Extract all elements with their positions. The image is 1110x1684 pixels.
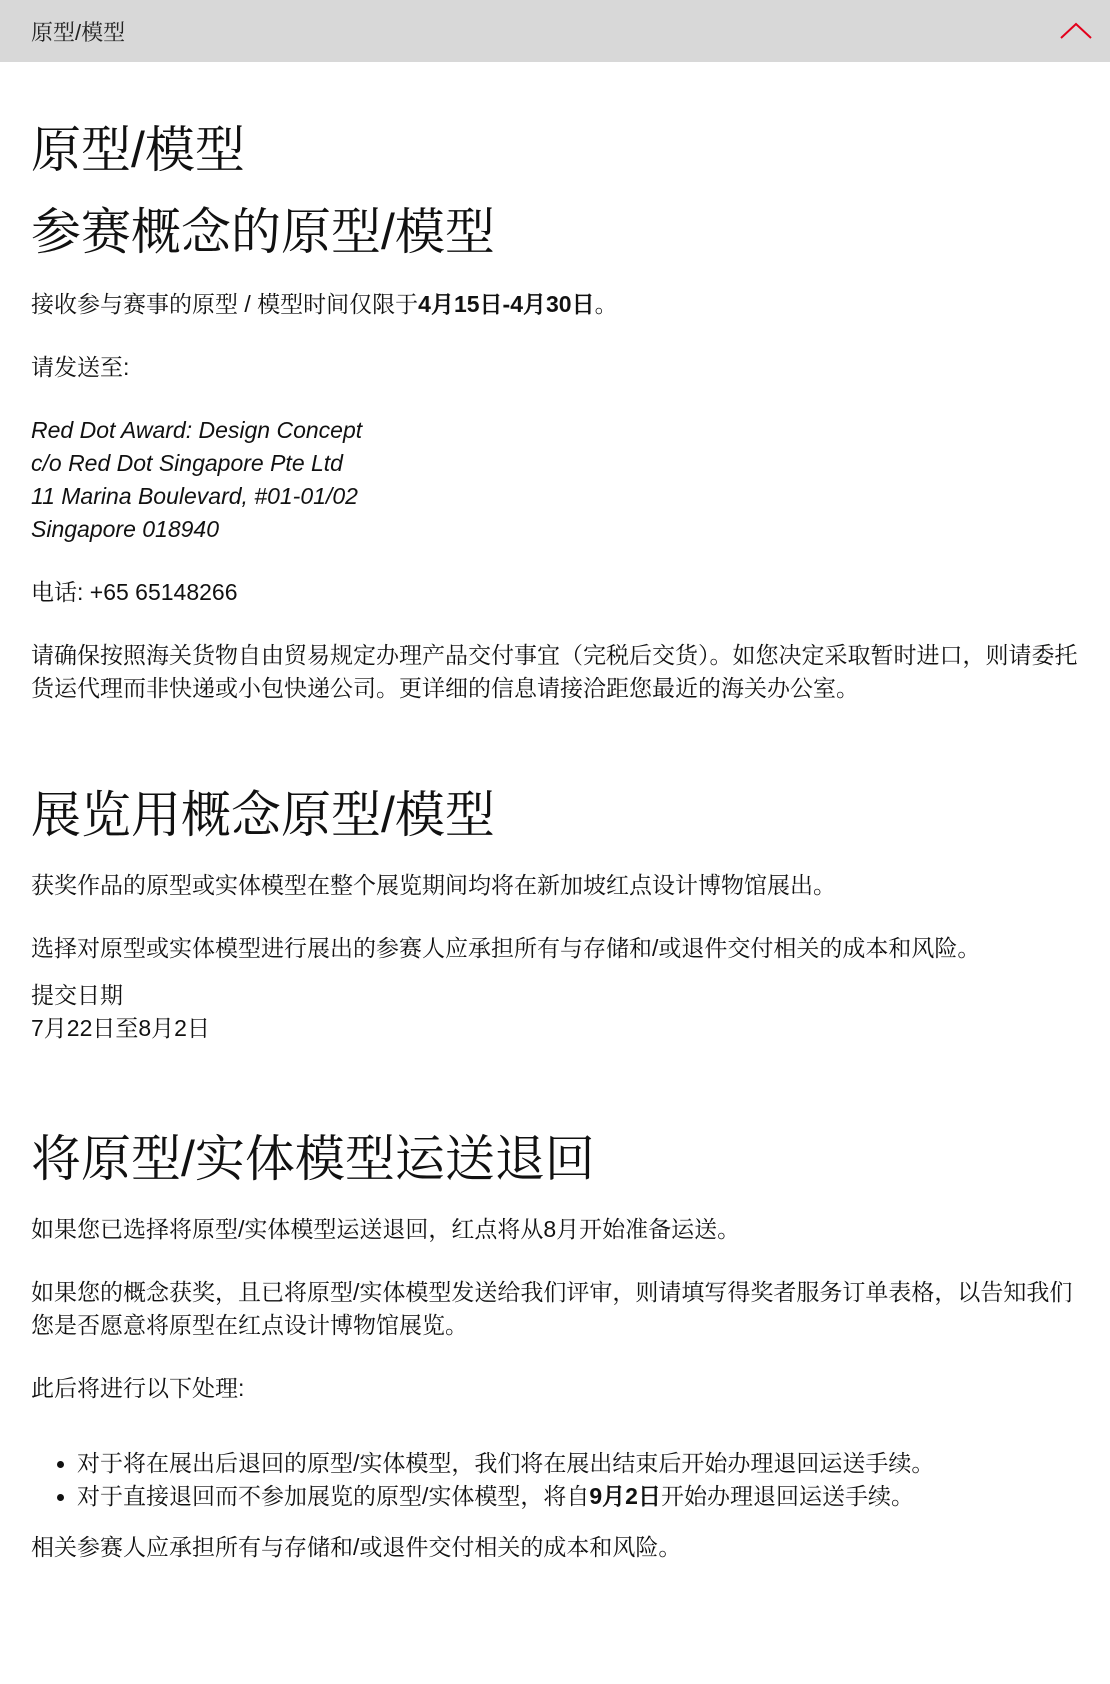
send-to-label: 请发送至: [31, 351, 1079, 384]
submission-date-value: 7月22日至8月2日 [31, 1012, 1079, 1045]
page-title: 原型/模型 [31, 120, 1079, 180]
closing-text: 相关参赛人应承担所有与存储和/或退件交付相关的成本和风险。 [31, 1531, 1079, 1564]
section-concept-prototype: 参赛概念的原型/模型 接收参与赛事的原型 / 模型时间仅限于4月15日-4月30… [31, 202, 1079, 705]
winner-order-text: 如果您的概念获奖，且已将原型/实体模型发送给我们评审，则请填写得奖者服务订单表格… [31, 1276, 1079, 1342]
submission-dates: 4月15日-4月30日 [418, 291, 594, 317]
list-item-text: 对于直接退回而不参加展览的原型/实体模型，将自 [77, 1483, 589, 1509]
intro-suffix: 。 [595, 291, 618, 317]
chevron-up-icon[interactable] [1056, 16, 1096, 46]
submission-date-label: 提交日期 [31, 979, 1079, 1012]
exhibition-text: 获奖作品的原型或实体模型在整个展览期间均将在新加坡红点设计博物馆展出。 [31, 869, 1079, 902]
intro-text: 接收参与赛事的原型 / 模型时间仅限于 [31, 291, 418, 317]
section-exhibition-prototype: 展览用概念原型/模型 获奖作品的原型或实体模型在整个展览期间均将在新加坡红点设计… [31, 785, 1079, 1045]
list-item-text: 开始办理退回运送手续。 [661, 1483, 914, 1509]
process-intro: 此后将进行以下处理: [31, 1372, 1079, 1405]
phone-number: 电话: +65 65148266 [31, 576, 1079, 609]
section-title: 参赛概念的原型/模型 [31, 202, 1079, 262]
list-item: 对于直接退回而不参加展览的原型/实体模型，将自9月2日开始办理退回运送手续。 [57, 1480, 1079, 1513]
submission-window-text: 接收参与赛事的原型 / 模型时间仅限于4月15日-4月30日。 [31, 288, 1079, 321]
customs-note: 请确保按照海关货物自由贸易规定办理产品交付事宜（完税后交货）。如您决定采取暂时进… [31, 639, 1079, 705]
shipping-address: Red Dot Award: Design Concept c/o Red Do… [31, 414, 1079, 546]
section-title: 将原型/实体模型运送退回 [31, 1129, 1079, 1189]
accordion-content: 原型/模型 参赛概念的原型/模型 接收参与赛事的原型 / 模型时间仅限于4月15… [0, 120, 1110, 1564]
address-line: Singapore 018940 [31, 513, 1079, 546]
section-title: 展览用概念原型/模型 [31, 785, 1079, 845]
return-start-date: 9月2日 [589, 1483, 661, 1509]
section-return-shipping: 将原型/实体模型运送退回 如果您已选择将原型/实体模型运送退回，红点将从8月开始… [31, 1129, 1079, 1564]
accordion-header[interactable]: 原型/模型 [0, 0, 1110, 62]
address-line: 11 Marina Boulevard, #01-01/02 [31, 480, 1079, 513]
process-list: 对于将在展出后退回的原型/实体模型，我们将在展出结束后开始办理退回运送手续。 对… [31, 1447, 1079, 1513]
return-text: 如果您已选择将原型/实体模型运送退回，红点将从8月开始准备运送。 [31, 1213, 1079, 1246]
address-line: c/o Red Dot Singapore Pte Ltd [31, 447, 1079, 480]
accordion-title: 原型/模型 [31, 16, 125, 47]
list-item: 对于将在展出后退回的原型/实体模型，我们将在展出结束后开始办理退回运送手续。 [57, 1447, 1079, 1480]
address-line: Red Dot Award: Design Concept [31, 414, 1079, 447]
cost-risk-text: 选择对原型或实体模型进行展出的参赛人应承担所有与存储和/或退件交付相关的成本和风… [31, 932, 1079, 965]
